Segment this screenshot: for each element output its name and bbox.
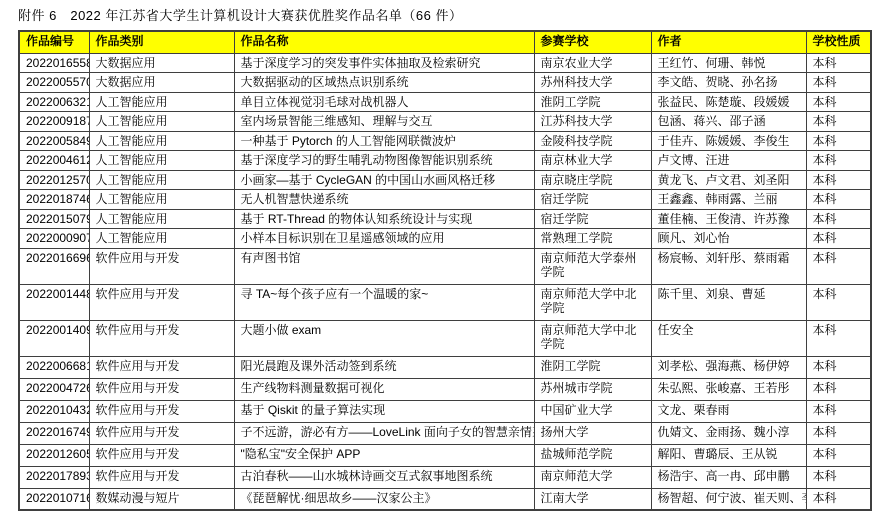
cell-school-type: 本科 xyxy=(806,190,871,210)
col-header-work-id: 作品编号 xyxy=(19,31,89,53)
cell-work-id: 2022015079 xyxy=(19,209,89,229)
table-row: 2022016749软件应用与开发子不远游，游必有方——LoveLink 面向子… xyxy=(19,422,871,444)
cell-school: 苏州科技大学 xyxy=(534,73,651,93)
cell-work-name: "隐私宝"安全保护 APP xyxy=(234,444,534,466)
col-header-school-type: 学校性质 xyxy=(806,31,871,53)
cell-school-type: 本科 xyxy=(806,466,871,488)
cell-work-id: 2022010432 xyxy=(19,400,89,422)
cell-school-type: 本科 xyxy=(806,378,871,400)
cell-work-id: 2022001409 xyxy=(19,320,89,356)
cell-work-id: 2022016749 xyxy=(19,422,89,444)
cell-category: 人工智能应用 xyxy=(89,112,234,132)
cell-category: 人工智能应用 xyxy=(89,190,234,210)
cell-school: 扬州大学 xyxy=(534,422,651,444)
cell-work-name: 《琵琶解忧·细思故乡——汉家公主》 xyxy=(234,488,534,510)
cell-category: 软件应用与开发 xyxy=(89,356,234,378)
cell-authors: 杨浩宇、高一冉、邱申鹏 xyxy=(651,466,806,488)
cell-work-id: 2022005849 xyxy=(19,131,89,151)
cell-authors: 卢文博、汪进 xyxy=(651,151,806,171)
table-row: 2022016696软件应用与开发有声图书馆南京师范大学泰州学院杨宸畅、刘轩彤、… xyxy=(19,248,871,284)
cell-authors: 包涵、蒋兴、邵子涵 xyxy=(651,112,806,132)
cell-work-name: 生产线物料测量数据可视化 xyxy=(234,378,534,400)
cell-category: 人工智能应用 xyxy=(89,131,234,151)
table-row: 2022004612人工智能应用基于深度学习的野生哺乳动物图像智能识别系统南京林… xyxy=(19,151,871,171)
cell-authors: 朱弘熙、张峻嘉、王若彤 xyxy=(651,378,806,400)
cell-school: 南京师范大学 xyxy=(534,466,651,488)
cell-category: 人工智能应用 xyxy=(89,229,234,249)
cell-school: 江苏科技大学 xyxy=(534,112,651,132)
results-table-body: 2022016558大数据应用基于深度学习的突发事件实体抽取及检索研究南京农业大… xyxy=(19,53,871,510)
table-row: 2022012570人工智能应用小画家—基于 CycleGAN 的中国山水画风格… xyxy=(19,170,871,190)
cell-category: 大数据应用 xyxy=(89,53,234,73)
cell-school: 南京师范大学中北学院 xyxy=(534,320,651,356)
cell-school: 南京师范大学中北学院 xyxy=(534,284,651,320)
cell-authors: 张益民、陈楚璇、段媛媛 xyxy=(651,92,806,112)
cell-school: 淮阴工学院 xyxy=(534,356,651,378)
cell-school: 宿迁学院 xyxy=(534,209,651,229)
cell-school-type: 本科 xyxy=(806,131,871,151)
cell-school: 盐城师范学院 xyxy=(534,444,651,466)
cell-school-type: 本科 xyxy=(806,112,871,132)
cell-category: 软件应用与开发 xyxy=(89,378,234,400)
cell-authors: 王鑫鑫、韩雨露、兰丽 xyxy=(651,190,806,210)
cell-work-id: 2022006321 xyxy=(19,92,89,112)
cell-authors: 陈千里、刘泉、曹延 xyxy=(651,284,806,320)
cell-school: 南京林业大学 xyxy=(534,151,651,171)
cell-work-id: 2022004612 xyxy=(19,151,89,171)
cell-authors: 仇婧文、金雨扬、魏小淳 xyxy=(651,422,806,444)
cell-work-name: 基于 Qiskit 的量子算法实现 xyxy=(234,400,534,422)
cell-work-id: 2022001448 xyxy=(19,284,89,320)
table-row: 2022005849人工智能应用一种基于 Pytorch 的人工智能网联微波炉金… xyxy=(19,131,871,151)
cell-school-type: 本科 xyxy=(806,229,871,249)
table-row: 2022001448软件应用与开发寻 TA~每个孩子应有一个温暖的家~南京师范大… xyxy=(19,284,871,320)
cell-school: 苏州城市学院 xyxy=(534,378,651,400)
cell-authors: 黄龙飞、卢文君、刘圣阳 xyxy=(651,170,806,190)
cell-work-name: 无人机智慧快递系统 xyxy=(234,190,534,210)
cell-category: 软件应用与开发 xyxy=(89,466,234,488)
cell-authors: 顾凡、刘心怡 xyxy=(651,229,806,249)
cell-category: 软件应用与开发 xyxy=(89,400,234,422)
cell-school: 常熟理工学院 xyxy=(534,229,651,249)
cell-category: 软件应用与开发 xyxy=(89,284,234,320)
page-title: 附件 6 2022 年江苏省大学生计算机设计大赛获优胜奖作品名单（66 件） xyxy=(18,8,462,23)
table-row: 2022018746人工智能应用无人机智慧快递系统宿迁学院王鑫鑫、韩雨露、兰丽本… xyxy=(19,190,871,210)
cell-work-name: 基于深度学习的突发事件实体抽取及检索研究 xyxy=(234,53,534,73)
cell-school: 淮阴工学院 xyxy=(534,92,651,112)
cell-work-id: 2022005570 xyxy=(19,73,89,93)
cell-school-type: 本科 xyxy=(806,248,871,284)
cell-authors: 任安全 xyxy=(651,320,806,356)
cell-work-name: 小样本目标识别在卫星遥感领域的应用 xyxy=(234,229,534,249)
cell-work-id: 2022000907 xyxy=(19,229,89,249)
cell-work-id: 2022004726 xyxy=(19,378,89,400)
table-row: 2022016558大数据应用基于深度学习的突发事件实体抽取及检索研究南京农业大… xyxy=(19,53,871,73)
cell-school-type: 本科 xyxy=(806,488,871,510)
cell-work-name: 古泊春秋——山水城林诗画交互式叙事地图系统 xyxy=(234,466,534,488)
col-header-work-name: 作品名称 xyxy=(234,31,534,53)
cell-category: 软件应用与开发 xyxy=(89,444,234,466)
cell-school-type: 本科 xyxy=(806,73,871,93)
cell-school-type: 本科 xyxy=(806,422,871,444)
table-row: 2022017893软件应用与开发古泊春秋——山水城林诗画交互式叙事地图系统南京… xyxy=(19,466,871,488)
cell-authors: 刘孝松、强海燕、杨伊婷 xyxy=(651,356,806,378)
table-row: 2022015079人工智能应用基于 RT-Thread 的物体认知系统设计与实… xyxy=(19,209,871,229)
cell-school-type: 本科 xyxy=(806,400,871,422)
cell-school-type: 本科 xyxy=(806,53,871,73)
table-row: 2022005570大数据应用大数据驱动的区域热点识别系统苏州科技大学李文皓、贺… xyxy=(19,73,871,93)
table-row: 2022010716数媒动漫与短片《琵琶解忧·细思故乡——汉家公主》江南大学杨智… xyxy=(19,488,871,510)
cell-school-type: 本科 xyxy=(806,444,871,466)
cell-work-name: 大题小做 exam xyxy=(234,320,534,356)
cell-category: 人工智能应用 xyxy=(89,170,234,190)
cell-school: 南京农业大学 xyxy=(534,53,651,73)
cell-work-name: 基于深度学习的野生哺乳动物图像智能识别系统 xyxy=(234,151,534,171)
cell-work-id: 2022016696 xyxy=(19,248,89,284)
cell-school-type: 本科 xyxy=(806,284,871,320)
table-row: 2022006681软件应用与开发阳光晨跑及课外活动签到系统淮阴工学院刘孝松、强… xyxy=(19,356,871,378)
cell-category: 人工智能应用 xyxy=(89,209,234,229)
cell-work-name: 基于 RT-Thread 的物体认知系统设计与实现 xyxy=(234,209,534,229)
cell-work-name: 小画家—基于 CycleGAN 的中国山水画风格迁移 xyxy=(234,170,534,190)
cell-work-id: 2022016558 xyxy=(19,53,89,73)
table-row: 2022009187人工智能应用室内场景智能三维感知、理解与交互江苏科技大学包涵… xyxy=(19,112,871,132)
cell-authors: 王红竹、何珊、韩悦 xyxy=(651,53,806,73)
cell-category: 数媒动漫与短片 xyxy=(89,488,234,510)
table-row: 2022001409软件应用与开发大题小做 exam南京师范大学中北学院任安全本… xyxy=(19,320,871,356)
cell-work-id: 2022012605 xyxy=(19,444,89,466)
cell-category: 大数据应用 xyxy=(89,73,234,93)
cell-category: 软件应用与开发 xyxy=(89,320,234,356)
cell-school: 江南大学 xyxy=(534,488,651,510)
cell-authors: 文龙、栗春雨 xyxy=(651,400,806,422)
cell-authors: 杨宸畅、刘轩彤、蔡雨霜 xyxy=(651,248,806,284)
cell-work-id: 2022017893 xyxy=(19,466,89,488)
cell-school-type: 本科 xyxy=(806,320,871,356)
cell-work-name: 一种基于 Pytorch 的人工智能网联微波炉 xyxy=(234,131,534,151)
cell-authors: 解阳、曹璐辰、王从锐 xyxy=(651,444,806,466)
table-row: 2022000907人工智能应用小样本目标识别在卫星遥感领域的应用常熟理工学院顾… xyxy=(19,229,871,249)
cell-school: 南京晓庄学院 xyxy=(534,170,651,190)
cell-category: 软件应用与开发 xyxy=(89,422,234,444)
cell-authors: 董佳楠、王俊清、许苏豫 xyxy=(651,209,806,229)
cell-work-name: 寻 TA~每个孩子应有一个温暖的家~ xyxy=(234,284,534,320)
cell-category: 人工智能应用 xyxy=(89,92,234,112)
cell-authors: 杨智超、何宁波、崔天则、李 xyxy=(651,488,806,510)
cell-school-type: 本科 xyxy=(806,209,871,229)
table-row: 2022012605软件应用与开发"隐私宝"安全保护 APP盐城师范学院解阳、曹… xyxy=(19,444,871,466)
cell-authors: 于佳卉、陈媛媛、李俊生 xyxy=(651,131,806,151)
cell-work-id: 2022012570 xyxy=(19,170,89,190)
cell-work-id: 2022018746 xyxy=(19,190,89,210)
awards-table: 作品编号 作品类别 作品名称 参赛学校 作者 学校性质 2022016558大数… xyxy=(18,30,872,511)
cell-category: 人工智能应用 xyxy=(89,151,234,171)
col-header-authors: 作者 xyxy=(651,31,806,53)
cell-school: 金陵科技学院 xyxy=(534,131,651,151)
table-header-row: 作品编号 作品类别 作品名称 参赛学校 作者 学校性质 xyxy=(19,31,871,53)
cell-school-type: 本科 xyxy=(806,356,871,378)
cell-work-name: 阳光晨跑及课外活动签到系统 xyxy=(234,356,534,378)
cell-work-id: 2022010716 xyxy=(19,488,89,510)
cell-school: 宿迁学院 xyxy=(534,190,651,210)
cell-school-type: 本科 xyxy=(806,170,871,190)
cell-work-name: 室内场景智能三维感知、理解与交互 xyxy=(234,112,534,132)
table-row: 2022010432软件应用与开发基于 Qiskit 的量子算法实现中国矿业大学… xyxy=(19,400,871,422)
cell-work-name: 子不远游，游必有方——LoveLink 面向子女的智慧亲情系统 xyxy=(234,422,534,444)
cell-work-name: 单目立体视觉羽毛球对战机器人 xyxy=(234,92,534,112)
cell-school-type: 本科 xyxy=(806,92,871,112)
cell-work-id: 2022009187 xyxy=(19,112,89,132)
cell-work-name: 有声图书馆 xyxy=(234,248,534,284)
cell-authors: 李文皓、贺晓、孙名扬 xyxy=(651,73,806,93)
cell-work-name: 大数据驱动的区域热点识别系统 xyxy=(234,73,534,93)
cell-school-type: 本科 xyxy=(806,151,871,171)
table-row: 2022004726软件应用与开发生产线物料测量数据可视化苏州城市学院朱弘熙、张… xyxy=(19,378,871,400)
table-row: 2022006321人工智能应用单目立体视觉羽毛球对战机器人淮阴工学院张益民、陈… xyxy=(19,92,871,112)
cell-school: 中国矿业大学 xyxy=(534,400,651,422)
cell-school: 南京师范大学泰州学院 xyxy=(534,248,651,284)
col-header-category: 作品类别 xyxy=(89,31,234,53)
cell-work-id: 2022006681 xyxy=(19,356,89,378)
cell-category: 软件应用与开发 xyxy=(89,248,234,284)
col-header-school: 参赛学校 xyxy=(534,31,651,53)
